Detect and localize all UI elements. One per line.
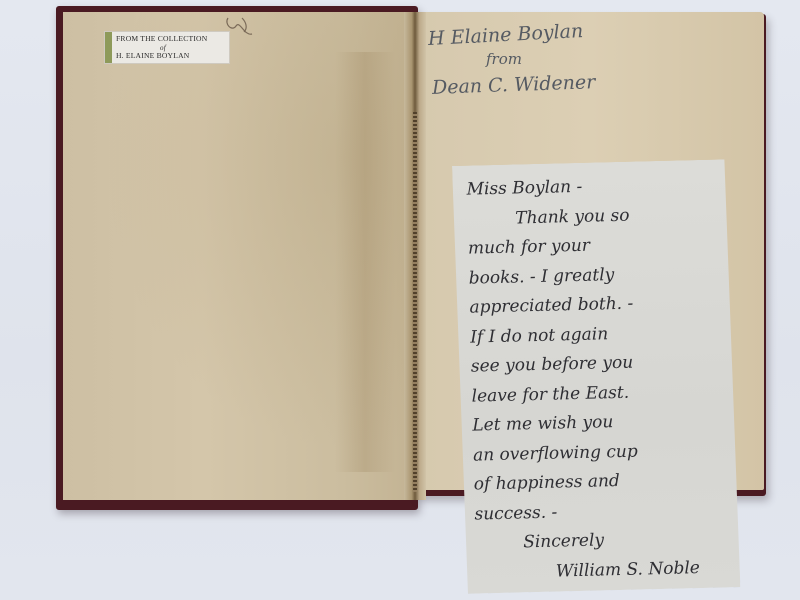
hinge-stitching	[413, 112, 417, 492]
page-foxing-stain	[335, 52, 395, 472]
handwritten-note-card: Miss Boylan - Thank you so much for your…	[452, 159, 740, 594]
bookplate-line-1: FROM THE COLLECTION	[116, 34, 207, 43]
left-endpaper	[63, 12, 413, 500]
note-text: Miss Boylan - Thank you so much for your…	[466, 169, 728, 588]
pencil-scribble-mark	[222, 14, 258, 44]
bookplate-stripe	[105, 32, 112, 63]
book-hinge	[404, 12, 426, 500]
photo-scene: FROM THE COLLECTION of H. ELAINE BOYLAN …	[0, 0, 800, 600]
inscription-line-2: from	[486, 52, 522, 67]
bookplate-label: FROM THE COLLECTION of H. ELAINE BOYLAN	[104, 31, 230, 64]
note-signature: William S. Noble	[476, 553, 729, 589]
bookplate-text: FROM THE COLLECTION of H. ELAINE BOYLAN	[112, 32, 229, 63]
bookplate-line-3: H. ELAINE BOYLAN	[116, 51, 189, 60]
